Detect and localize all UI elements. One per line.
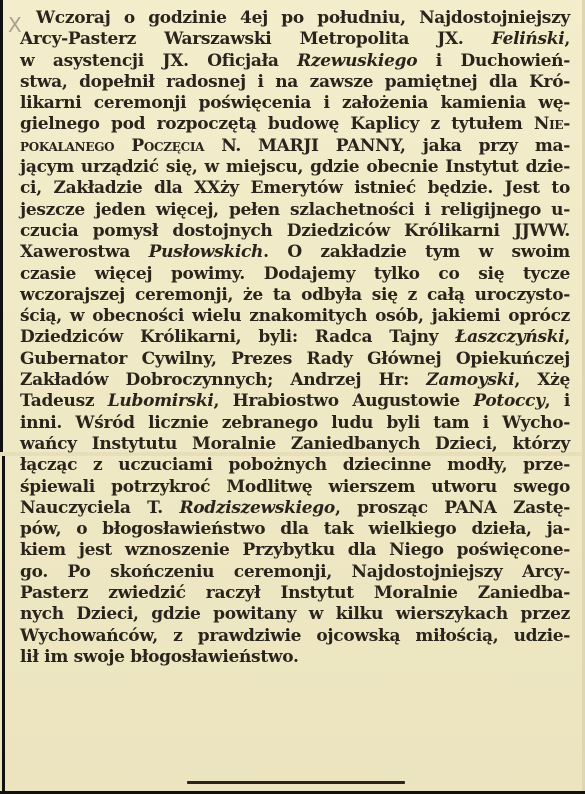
article-line: śpiewali potrzykroć Modlitwę wierszem ut… [20, 477, 570, 498]
text-run: Gubernator Cywilny, Prezes Rady Głównej … [20, 349, 570, 369]
text-run: N. MARJI PANNY, jaka przy ma- [204, 136, 570, 156]
article-line: Nauczyciela T. Rodziszewskiego, prosząc … [20, 498, 570, 519]
italic-name: Łaszczyński [455, 327, 564, 347]
article-line: Tadeusz Lubomirski, Hrabiostwo Augustowi… [20, 391, 570, 412]
article-line: wczorajszej ceremonji, że ta odbyła się … [20, 285, 570, 306]
text-run: wczorajszej ceremonji, że ta odbyła się … [20, 285, 570, 305]
article-line: pokalanego Poczęcia N. MARJI PANNY, jaka… [20, 136, 570, 157]
article-line: likarni ceremonji poświęcenia i założeni… [20, 93, 570, 114]
article-line: wańcy Instytutu Moralnie Zaniedbanych Dz… [20, 434, 570, 455]
text-run: czucia pomysł dostojnych Dziedziców Król… [20, 221, 570, 241]
text-run: likarni ceremonji poświęcenia i założeni… [20, 93, 570, 113]
text-run: jącym urządzić się, w miejscu, gdzie obe… [20, 157, 570, 177]
text-run: ścią, w obecności wielu znakomitych osób… [20, 306, 570, 326]
left-border-lower [2, 456, 5, 794]
text-run: , [564, 327, 570, 347]
text-run: , [564, 29, 570, 49]
text-run: Arcy-Pasterz Warszawski Metropolita JX. [20, 29, 492, 49]
article-line: łącząc z uczuciami pobożnych dziecinne m… [20, 455, 570, 476]
text-run: kiem jest wznoszenie Przybytku dla Niego… [20, 540, 570, 560]
article-line: jeszcze jeden więcej, pełen szlachetnośc… [20, 200, 570, 221]
article-line: jącym urządzić się, w miejscu, gdzie obe… [20, 157, 570, 178]
article-line: czasie więcej powimy. Dodajemy tylko co … [20, 264, 570, 285]
article-line: kiem jest wznoszenie Przybytku dla Niego… [20, 540, 570, 561]
text-run: Wychowańców, z prawdziwie ojcowską miłoś… [20, 626, 570, 646]
text-run: stwa, dopełnił radosnej i na zawsze pami… [20, 72, 570, 92]
text-run: inni. Wśród licznie zebranego ludu byli … [20, 413, 570, 433]
article-line: gielnego pod rozpoczętą budowę Kaplicy z… [20, 114, 570, 135]
article-body: Wczoraj o godzinie 4ej po południu, Najd… [20, 8, 570, 668]
article-line: go. Po skończeniu ceremonji, Najdostojni… [20, 562, 570, 583]
italic-name: Zamoyski [426, 370, 514, 390]
newspaper-page: X Wczoraj o godzinie 4ej po południu, Na… [0, 0, 585, 794]
text-run: nych Dzieci, gdzie powitany w kilku wier… [20, 604, 570, 624]
text-run: lił im swoje błogosławieństwo. [20, 647, 299, 667]
article-line: Gubernator Cywilny, Prezes Rady Głównej … [20, 349, 570, 370]
text-run: Dziedziców Królikarni, byli: Radca Tajny [20, 327, 455, 347]
italic-name: Potoccy [473, 391, 544, 411]
article-line: nych Dzieci, gdzie powitany w kilku wier… [20, 604, 570, 625]
article-line: Arcy-Pasterz Warszawski Metropolita JX. … [20, 29, 570, 50]
article-line: stwa, dopełnił radosnej i na zawsze pami… [20, 72, 570, 93]
text-run: Zakładów Dobroczynnych; Andrzej Hr: [20, 370, 426, 390]
article-line: Wychowańców, z prawdziwie ojcowską miłoś… [20, 626, 570, 647]
text-run: , prosząc PANA Zastę- [335, 498, 570, 518]
article-line: Zakładów Dobroczynnych; Andrzej Hr: Zamo… [20, 370, 570, 391]
text-run: w asystencji JX. Oficjała [20, 51, 297, 71]
italic-name: Feliński [492, 29, 565, 49]
text-run: , Hrabiostwo Augustowie [214, 391, 474, 411]
text-run: łącząc z uczuciami pobożnych dziecinne m… [20, 455, 570, 475]
article-line: w asystencji JX. Oficjała Rzewuskiego i … [20, 51, 570, 72]
text-run: pów, o błogosławieństwo dla tak wielkieg… [20, 519, 570, 539]
italic-name: Lubomirski [108, 391, 214, 411]
article-line: pów, o błogosławieństwo dla tak wielkieg… [20, 519, 570, 540]
article-line: ci, Zakładzie dla XXży Emerytów istnieć … [20, 178, 570, 199]
italic-name: Pusłowskich [149, 242, 263, 262]
article-line: czucia pomysł dostojnych Dziedziców Król… [20, 221, 570, 242]
article-line: ścią, w obecności wielu znakomitych osób… [20, 306, 570, 327]
text-run: . O zakładzie tym w swoim [263, 242, 570, 262]
italic-name: Rzewuskiego [297, 51, 417, 71]
text-run: , Xżę [514, 370, 570, 390]
text-run: jeszcze jeden więcej, pełen szlachetnośc… [20, 200, 570, 220]
article-line: Pasterz zwiedzić raczył Instytut Moralni… [20, 583, 570, 604]
text-run: Wczoraj o godzinie 4ej po południu, Najd… [36, 8, 570, 28]
text-run: Pasterz zwiedzić raczył Instytut Moralni… [20, 583, 570, 603]
article-line: Wczoraj o godzinie 4ej po południu, Najd… [20, 8, 570, 29]
text-run: gielnego pod rozpoczętą budowę Kaplicy z… [20, 114, 534, 134]
small-caps-text: Nie- [534, 114, 570, 134]
italic-name: Rodziszewskiego [179, 498, 335, 518]
text-run: ci, Zakładzie dla XXży Emerytów istnieć … [20, 178, 570, 198]
text-run: i Duchowień- [417, 51, 570, 71]
text-run: , i [545, 391, 570, 411]
left-border-upper [0, 0, 3, 452]
text-run: Nauczyciela T. [20, 498, 179, 518]
text-run: Tadeusz [20, 391, 108, 411]
article-line: Xawerostwa Pusłowskich. O zakładzie tym … [20, 242, 570, 263]
text-run: Xawerostwa [20, 242, 149, 262]
article-line: inni. Wśród licznie zebranego ludu byli … [20, 413, 570, 434]
text-run: go. Po skończeniu ceremonji, Najdostojni… [20, 562, 570, 582]
article-line: lił im swoje błogosławieństwo. [20, 647, 570, 668]
article-line: Dziedziców Królikarni, byli: Radca Tajny… [20, 327, 570, 348]
text-run: czasie więcej powimy. Dodajemy tylko co … [20, 264, 570, 284]
text-run: wańcy Instytutu Moralnie Zaniedbanych Dz… [20, 434, 570, 454]
small-caps-text: pokalanego Poczęcia [20, 136, 204, 156]
section-divider-rule [187, 781, 405, 784]
text-run: śpiewali potrzykroć Modlitwę wierszem ut… [20, 477, 570, 497]
